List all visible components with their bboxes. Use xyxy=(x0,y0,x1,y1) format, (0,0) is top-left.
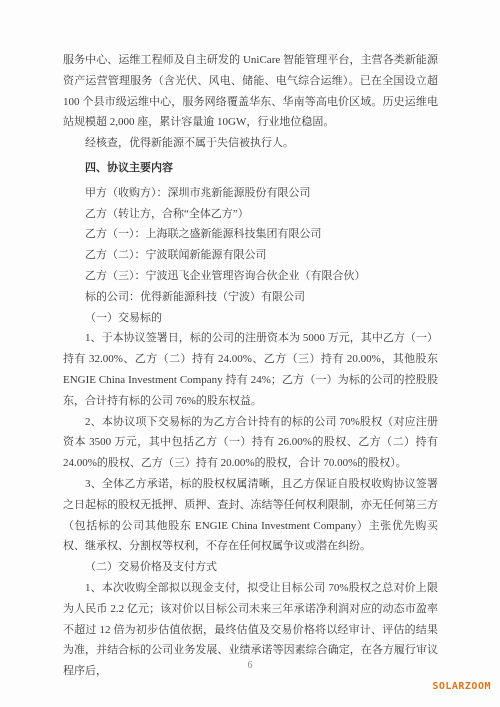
paragraph-registered-capital: 1、于本协议签署日，标的公司的注册资本为 5000 万元，其中乙方（一）持有 3… xyxy=(63,328,438,411)
paragraph-credit-check: 经核查，优得新能源不属于失信被执行人。 xyxy=(63,133,438,154)
document-body: 服务中心、运维工程师及自主研发的 UniCare 智能管理平台，主营各类新能源资… xyxy=(63,50,438,682)
paragraph-equity-warranty: 3、全体乙方承诺，标的股权权属清晰，且乙方保证自股权收购协议签署之日起标的股权无… xyxy=(63,474,438,557)
paragraph-equity-transfer: 2、本协议项下交易标的为乙方合计持有的标的公司 70%股权（对应注册资本 350… xyxy=(63,412,438,474)
subsection-heading-transaction-subject: （一）交易标的 xyxy=(63,308,438,329)
document-page: 服务中心、运维工程师及自主研发的 UniCare 智能管理平台，主营各类新能源资… xyxy=(0,0,500,707)
party-b1-line: 乙方（一）：上海联之盛新能源科技集团有限公司 xyxy=(63,224,438,245)
section-heading: 四、协议主要内容 xyxy=(63,158,438,179)
party-b3-line: 乙方（三）：宁波迅飞企业管理咨询合伙企业（有限合伙） xyxy=(63,266,438,287)
paragraph-company-business: 服务中心、运维工程师及自主研发的 UniCare 智能管理平台，主营各类新能源资… xyxy=(63,50,438,133)
solarzoom-watermark: SOLARZOOM xyxy=(432,681,491,692)
party-b-line: 乙方（转让方，合称“全体乙方”） xyxy=(63,204,438,225)
subsection-heading-price-payment: （二）交易价格及支付方式 xyxy=(63,557,438,578)
party-a-line: 甲方（收购方）：深圳市兆新能源股份有限公司 xyxy=(63,183,438,204)
page-number: 6 xyxy=(0,660,500,671)
target-company-line: 标的公司：优得新能源科技（宁波）有限公司 xyxy=(63,287,438,308)
party-b2-line: 乙方（二）：宁波联闻新能源有限公司 xyxy=(63,245,438,266)
